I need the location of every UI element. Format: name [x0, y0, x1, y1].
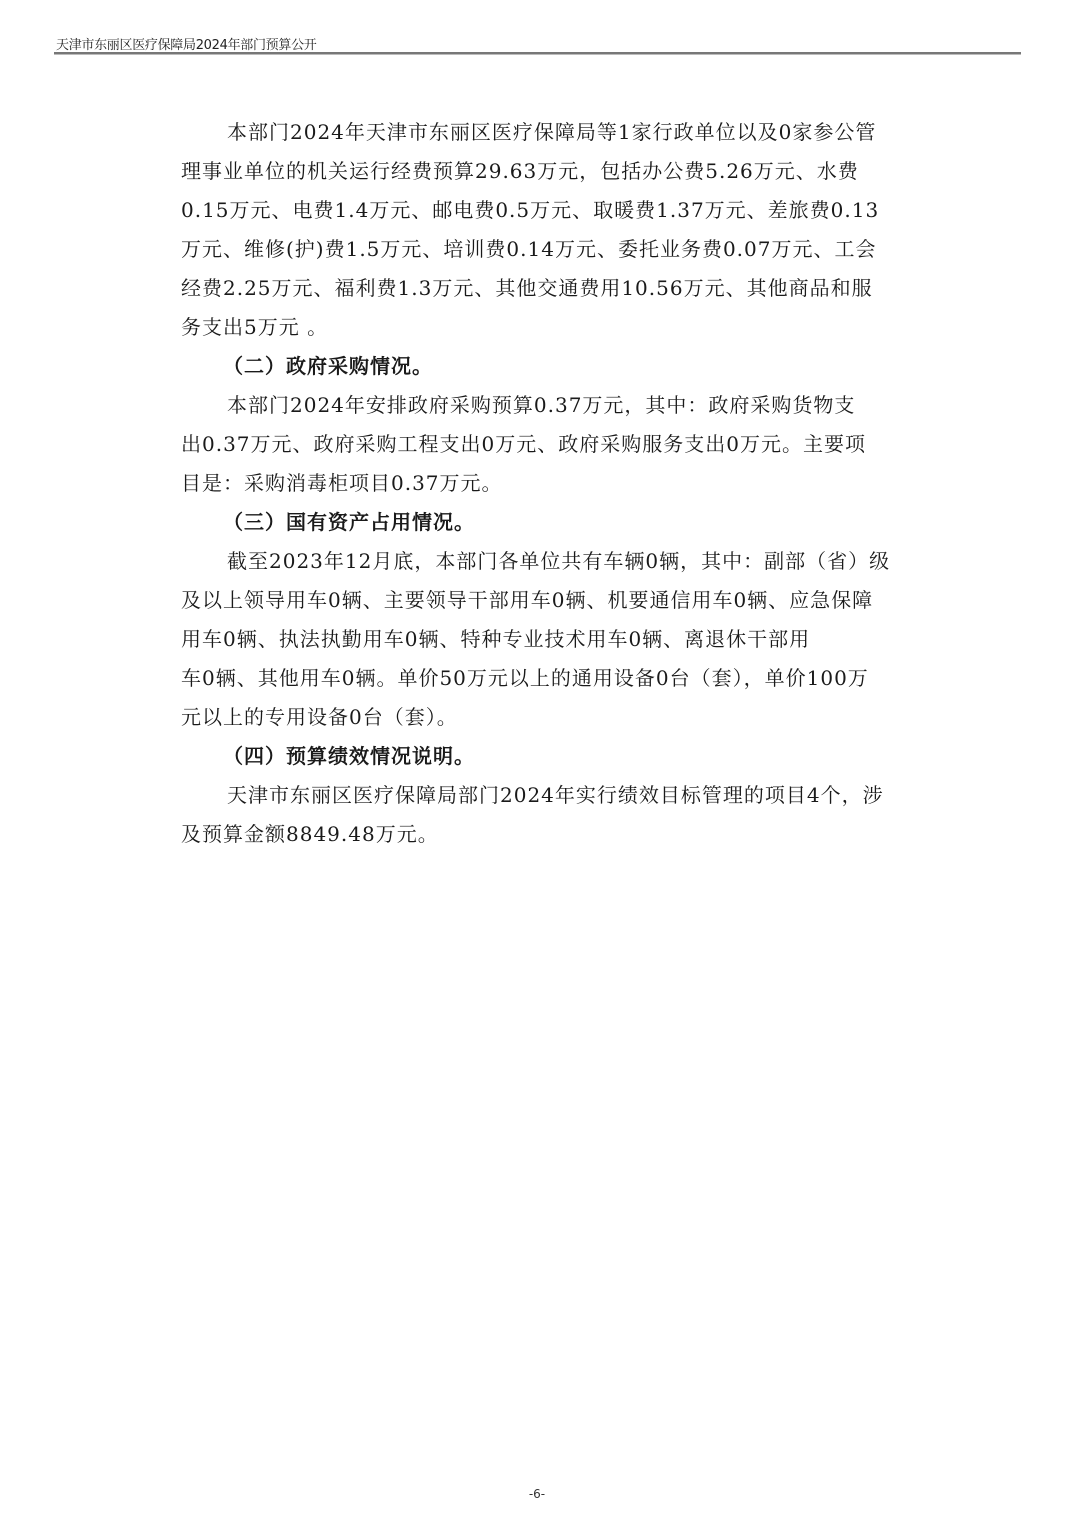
- header-title: 天津市东丽区医疗保障局2024年部门预算公开: [56, 34, 317, 53]
- text-line: 本部门2024年天津市东丽区医疗保障局等1家行政单位以及0家参公管: [227, 120, 876, 144]
- text-line: 经费2.25万元、福利费1.3万元、其他交通费用10.56万元、其他商品和服: [181, 276, 873, 300]
- header-divider: [54, 52, 1021, 55]
- text-line: 出0.37万元、政府采购工程支出0万元、政府采购服务支出0万元。主要项: [181, 432, 866, 456]
- text-line: 车0辆、其他用车0辆。单价50万元以上的通用设备0台（套），单价100万: [181, 666, 869, 690]
- text-line: 务支出5万元 。: [181, 315, 328, 339]
- text-line: 0.15万元、电费1.4万元、邮电费0.5万元、取暖费1.37万元、差旅费0.1…: [181, 198, 879, 222]
- text-line: 及预算金额8849.48万元。: [181, 822, 439, 846]
- page-number: -6-: [0, 1487, 1074, 1501]
- text-line: 元以上的专用设备0台（套）。: [181, 705, 458, 729]
- section-heading-procurement: （二）政府采购情况。: [223, 354, 433, 378]
- text-line: 用车0辆、执法执勤用车0辆、特种专业技术用车0辆、离退休干部用: [181, 627, 810, 651]
- text-line: 及以上领导用车0辆、主要领导干部用车0辆、机要通信用车0辆、应急保障: [181, 588, 873, 612]
- text-line: 万元、维修(护)费1.5万元、培训费0.14万元、委托业务费0.07万元、工会: [181, 237, 876, 261]
- section-heading-performance: （四）预算绩效情况说明。: [223, 744, 475, 768]
- text-line: 目是：采购消毒柜项目0.37万元。: [181, 471, 503, 495]
- text-line: 截至2023年12月底，本部门各单位共有车辆0辆，其中：副部（省）级: [227, 549, 890, 573]
- text-line: 天津市东丽区医疗保障局部门2024年实行绩效目标管理的项目4个，涉: [227, 783, 884, 807]
- text-line: 理事业单位的机关运行经费预算29.63万元，包括办公费5.26万元、水费: [181, 159, 859, 183]
- section-heading-assets: （三）国有资产占用情况。: [223, 510, 475, 534]
- text-line: 本部门2024年安排政府采购预算0.37万元，其中：政府采购货物支: [227, 393, 855, 417]
